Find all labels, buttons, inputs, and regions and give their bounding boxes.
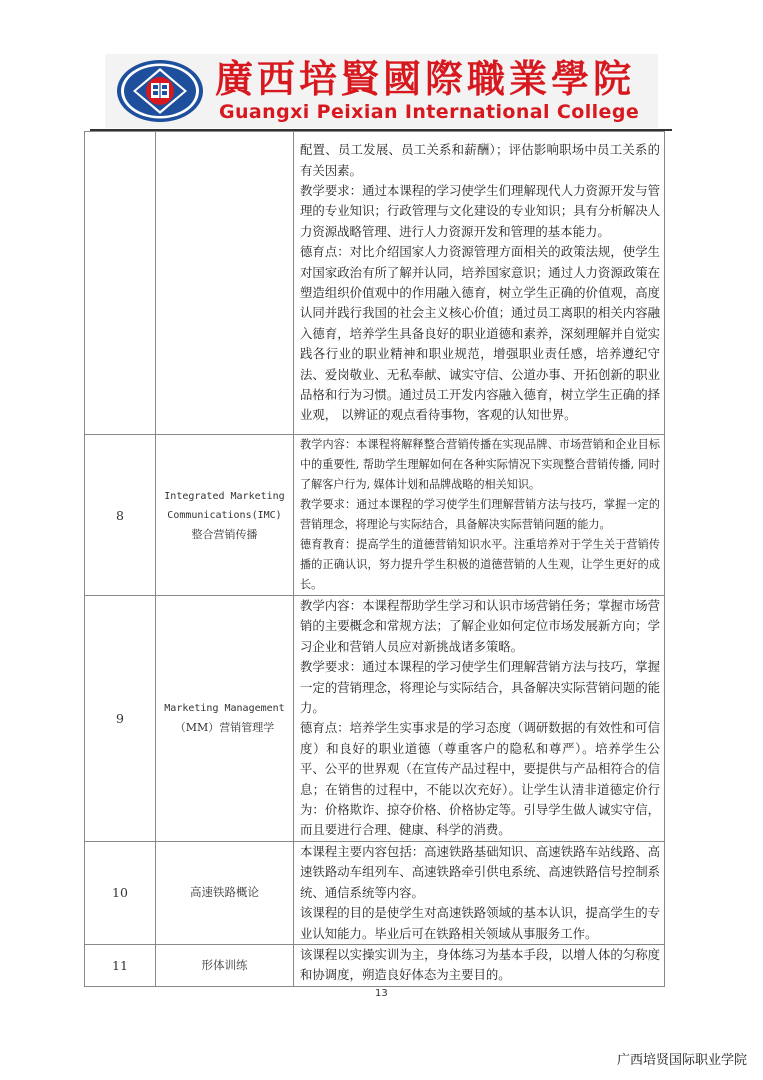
course-name — [156, 132, 294, 435]
table-row: 配置、员工发展、员工关系和薪酬）；评估影响职场中员工关系的有关因素。 教学要求：… — [85, 132, 665, 435]
course-description: 本课程主要内容包括：高速铁路基础知识、高速铁路车站线路、高速铁路动车组列车、高速… — [294, 841, 665, 944]
description-paragraph: 教学要求：通过本课程的学习使学生们理解营销方法与技巧，掌握一定的营销理念，将理论… — [300, 495, 660, 535]
description-paragraph: 本课程主要内容包括：高速铁路基础知识、高速铁路车站线路、高速铁路动车组列车、高速… — [300, 842, 660, 903]
course-description: 配置、员工发展、员工关系和薪酬）；评估影响职场中员工关系的有关因素。 教学要求：… — [294, 132, 665, 435]
description-paragraph: 德育点：对比介绍国家人力资源管理方面相关的政策法规，使学生对国家政治有所了解并认… — [300, 242, 660, 426]
description-paragraph: 教学内容：本课程帮助学生学习和认识市场营销任务；掌握市场营销的主要概念和常规方法… — [300, 596, 660, 657]
school-name-english: Guangxi Peixian International College — [219, 101, 639, 123]
description-paragraph: 该课程的目的是使学生对高速铁路领域的基本认识，提高学生的专业认知能力。毕业后可在… — [300, 903, 660, 944]
table-row: 9 Marketing Management （MM）营销管理学 教学内容：本课… — [85, 596, 665, 842]
course-name: 高速铁路概论 — [156, 841, 294, 944]
description-paragraph: 教学要求：通过本课程的学习使学生们理解现代人力资源开发与管理的专业知识；行政管理… — [300, 181, 660, 242]
table-row: 8 Integrated Marketing Communications(IM… — [85, 435, 665, 596]
course-name-line: 整合营销传播 — [156, 525, 293, 544]
course-name-line: （MM）营销管理学 — [156, 718, 293, 737]
description-paragraph: 德育点：培养学生实事求是的学习态度（调研数据的有效性和可信度）和良好的职业道德（… — [300, 718, 660, 840]
description-paragraph: 配置、员工发展、员工关系和薪酬）；评估影响职场中员工关系的有关因素。 — [300, 140, 660, 181]
description-paragraph: 该课程以实操实训为主，身体练习为基本手段，以增人体的匀称度和协调度，朔造良好体态… — [300, 945, 660, 986]
course-name: Marketing Management （MM）营销管理学 — [156, 596, 294, 842]
row-number: 9 — [85, 596, 156, 842]
course-description: 该课程以实操实训为主，身体练习为基本手段，以增人体的匀称度和协调度，朔造良好体态… — [294, 944, 665, 986]
header-banner: 廣西培賢國際職業學院 Guangxi Peixian International… — [105, 54, 658, 128]
course-name-line: Integrated Marketing — [156, 487, 293, 506]
page-number: 13 — [375, 988, 388, 999]
footer-school-name: 广西培贤国际职业学院 — [617, 1049, 747, 1068]
row-number: 10 — [85, 841, 156, 944]
course-name-line: 高速铁路概论 — [156, 883, 293, 902]
description-paragraph: 教学内容：本课程将解释整合营销传播在实现品牌、市场营销和企业目标中的重要性, 帮… — [300, 435, 660, 495]
college-logo-icon — [115, 58, 205, 124]
course-description: 教学内容：本课程将解释整合营销传播在实现品牌、市场营销和企业目标中的重要性, 帮… — [294, 435, 665, 596]
course-name-line: Marketing Management — [156, 699, 293, 718]
row-number: 8 — [85, 435, 156, 596]
course-name-line: Communications(IMC) — [156, 506, 293, 525]
course-name: 形体训练 — [156, 944, 294, 986]
table-row: 11 形体训练 该课程以实操实训为主，身体练习为基本手段，以增人体的匀称度和协调… — [85, 944, 665, 986]
course-name: Integrated Marketing Communications(IMC)… — [156, 435, 294, 596]
row-number — [85, 132, 156, 435]
table-row: 10 高速铁路概论 本课程主要内容包括：高速铁路基础知识、高速铁路车站线路、高速… — [85, 841, 665, 944]
course-description: 教学内容：本课程帮助学生学习和认识市场营销任务；掌握市场营销的主要概念和常规方法… — [294, 596, 665, 842]
course-table: 配置、员工发展、员工关系和薪酬）；评估影响职场中员工关系的有关因素。 教学要求：… — [84, 131, 665, 987]
row-number: 11 — [85, 944, 156, 986]
school-name-chinese: 廣西培賢國際職業學院 — [215, 58, 635, 100]
course-name-line: 形体训练 — [156, 956, 293, 975]
description-paragraph: 德育教育：提高学生的道德营销知识水平。注重培养对于学生关于营销传播的正确认识，努… — [300, 535, 660, 595]
description-paragraph: 教学要求：通过本课程的学习使学生们理解营销方法与技巧，掌握一定的营销理念，将理论… — [300, 657, 660, 718]
